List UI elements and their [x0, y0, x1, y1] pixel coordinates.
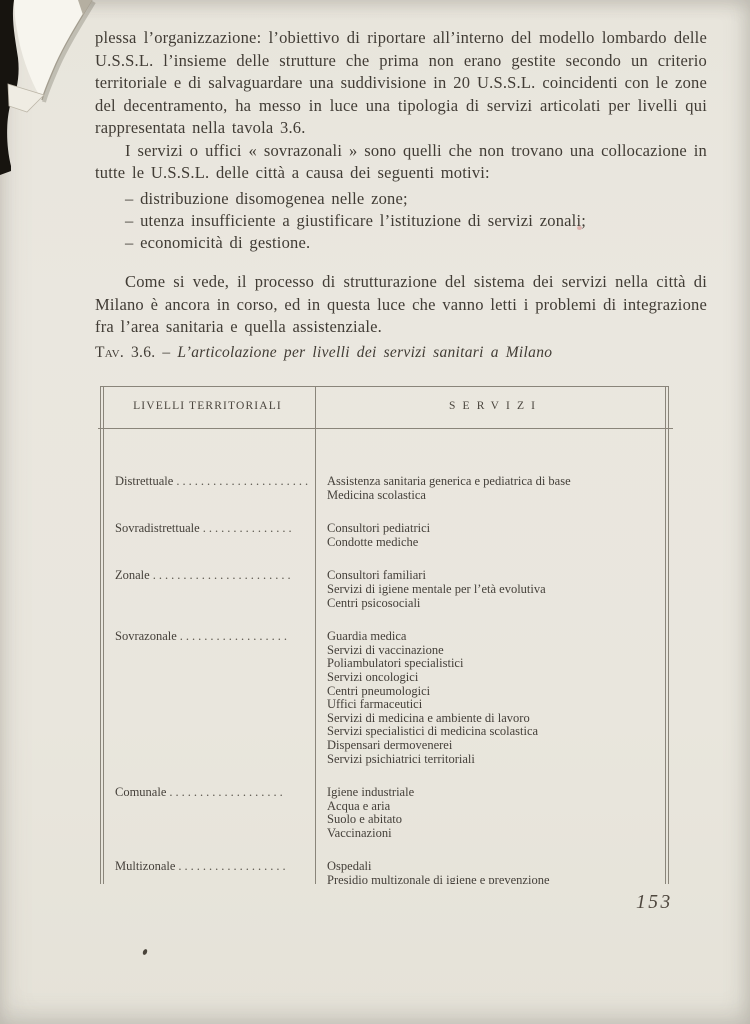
territorial-level: Comunale...................	[100, 786, 315, 840]
table-body: Distrettuale......................Assist…	[100, 429, 665, 884]
services-list: Consultori familiariServizi di igiene me…	[315, 569, 665, 610]
paragraph-1: plessa l’organizzazione: l’obiettivo di …	[95, 27, 707, 140]
territorial-level: Sovradistrettuale...............	[100, 522, 315, 549]
table-row: Distrettuale......................Assist…	[100, 475, 665, 502]
table-top-border	[100, 386, 669, 387]
level-label: Sovradistrettuale	[115, 522, 200, 535]
table-row: Comunale...................Igiene indust…	[100, 786, 665, 840]
service-item: Centri psicosociali	[327, 597, 665, 611]
dot-leader: ..................	[180, 630, 290, 643]
services-list: Consultori pediatriciCondotte mediche	[315, 522, 665, 549]
service-item: Acqua e aria	[327, 800, 665, 814]
territorial-level: Multizonale..................	[100, 860, 315, 884]
service-item: Suolo e abitato	[327, 813, 665, 827]
torn-corner	[0, 0, 110, 190]
service-item: Poliambulatori specialistici	[327, 657, 665, 671]
service-item: Servizi di medicina e ambiente di lavoro	[327, 712, 665, 726]
dot-leader: ..................	[178, 860, 288, 873]
service-item: Igiene industriale	[327, 786, 665, 800]
level-label: Sovrazonale	[115, 630, 177, 643]
service-item: Assistenza sanitaria generica e pediatri…	[327, 475, 665, 489]
dot-leader: ...................	[169, 786, 285, 799]
paper-blemish	[577, 226, 582, 230]
bullet-item: – economicità di gestione.	[125, 232, 707, 254]
table-right-border	[665, 386, 669, 884]
ink-speck	[142, 948, 148, 955]
caption-label: Tav.	[95, 344, 124, 361]
service-item: Vaccinazioni	[327, 827, 665, 841]
scanned-page: plessa l’organizzazione: l’obiettivo di …	[0, 0, 750, 1024]
territorial-level: Distrettuale......................	[100, 475, 315, 502]
torn-paper-flap	[14, 0, 92, 100]
service-item: Servizi di igiene mentale per l’età evol…	[327, 583, 665, 597]
service-item: Servizi di vaccinazione	[327, 644, 665, 658]
service-item: Presidio multizonale di igiene e prevenz…	[327, 874, 665, 884]
table-row: Multizonale..................OspedaliPre…	[100, 860, 665, 884]
service-item: Ospedali	[327, 860, 665, 874]
territorial-level: Sovrazonale..................	[100, 630, 315, 766]
service-item: Servizi oncologici	[327, 671, 665, 685]
service-item: Centri pneumologici	[327, 685, 665, 699]
service-item: Consultori familiari	[327, 569, 665, 583]
paragraph-2: I servizi o uffici « sovrazonali » sono …	[95, 140, 707, 185]
caption-number: 3.6. –	[131, 344, 170, 361]
territorial-level: Zonale.......................	[100, 569, 315, 610]
column-header-livelli-territoriali: LIVELLI TERRITORIALI	[100, 400, 315, 412]
dot-leader: ...............	[203, 522, 295, 535]
services-list: Igiene industrialeAcqua e ariaSuolo e ab…	[315, 786, 665, 840]
level-label: Zonale	[115, 569, 150, 582]
table-caption: Tav. 3.6. – L’articolazione per livelli …	[95, 344, 552, 362]
level-label: Multizonale	[115, 860, 175, 873]
level-label: Comunale	[115, 786, 166, 799]
table-row: Sovrazonale..................Guardia med…	[100, 630, 665, 766]
bullet-item: – utenza insufficiente a giustificare l’…	[125, 210, 707, 232]
level-label: Distrettuale	[115, 475, 173, 488]
service-item: Consultori pediatrici	[327, 522, 665, 536]
dot-leader: .......................	[153, 569, 294, 582]
column-header-servizi: SERVIZI	[315, 400, 669, 412]
service-item: Medicina scolastica	[327, 489, 665, 503]
service-item: Condotte mediche	[327, 536, 665, 550]
service-item: Uffici farmaceutici	[327, 698, 665, 712]
services-table: LIVELLI TERRITORIALI SERVIZI Distrettual…	[100, 386, 669, 884]
page-number: 153	[636, 892, 673, 914]
services-list: OspedaliPresidio multizonale di igiene e…	[315, 860, 665, 884]
dot-leader: ......................	[176, 475, 311, 488]
table-row: Sovradistrettuale...............Consulto…	[100, 522, 665, 549]
service-item: Dispensari dermovenerei	[327, 739, 665, 753]
services-list: Assistenza sanitaria generica e pediatri…	[315, 475, 665, 502]
table-row: Zonale.......................Consultori …	[100, 569, 665, 610]
caption-title: L’articolazione per livelli dei servizi …	[177, 344, 552, 361]
services-list: Guardia medicaServizi di vaccinazionePol…	[315, 630, 665, 766]
bullet-item: – distribuzione disomogenea nelle zone;	[125, 188, 707, 210]
service-item: Servizi specialistici di medicina scolas…	[327, 725, 665, 739]
service-item: Servizi psichiatrici territoriali	[327, 753, 665, 767]
body-text: plessa l’organizzazione: l’obiettivo di …	[95, 27, 707, 339]
service-item: Guardia medica	[327, 630, 665, 644]
bullet-list: – distribuzione disomogenea nelle zone; …	[125, 188, 707, 255]
paragraph-3: Come si vede, il processo di strutturazi…	[95, 271, 707, 339]
